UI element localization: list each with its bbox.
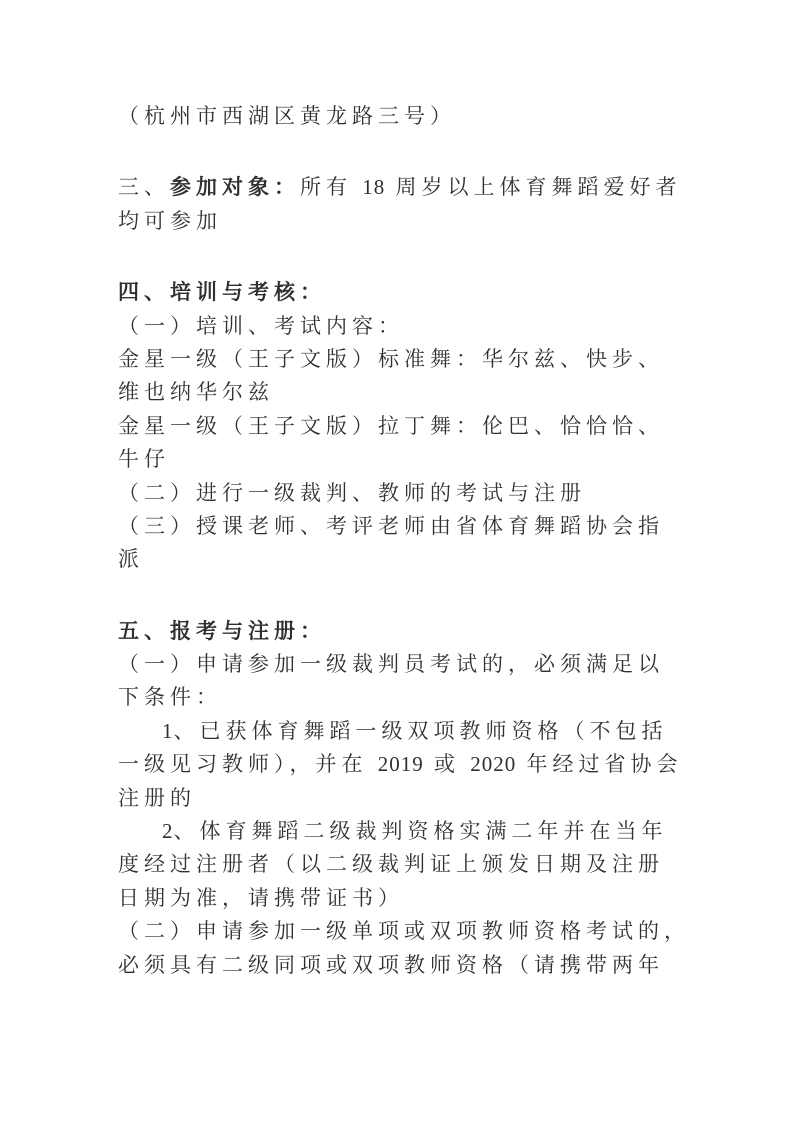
text-line: 三、参加对象：所有 18 周岁以上体育舞蹈爱好者: [118, 171, 675, 204]
text-line: 金星一级（王子文版）标准舞：华尔兹、快步、: [118, 343, 675, 376]
text-run: （一）申请参加一级裁判员考试的，必须满足以: [118, 652, 664, 676]
text-run: 度经过注册者（以二级裁判证上颁发日期及注册: [118, 852, 664, 876]
text-run: 四、培训与考核：: [118, 280, 326, 304]
text-line: 牛仔: [118, 443, 675, 476]
numeral: 2020: [470, 752, 516, 776]
text-run: 必须具有二级同项或双项教师资格（请携带两年: [118, 953, 664, 977]
blank-line: [118, 133, 675, 171]
text-run: 金星一级（王子文版）拉丁舞：伦巴、恰恰恰、: [118, 414, 664, 438]
text-line: （二）进行一级裁判、教师的考试与注册: [118, 477, 675, 510]
text-line: 1、已获体育舞蹈一级双项教师资格（不包括: [118, 715, 675, 748]
document-page: （杭州市西湖区黄龙路三号）三、参加对象：所有 18 周岁以上体育舞蹈爱好者均可参…: [0, 0, 793, 1122]
text-line: 下条件：: [118, 681, 675, 714]
text-run: 1、已获体育舞蹈一级双项教师资格（不包括: [162, 719, 668, 743]
text-run: 2、体育舞蹈二级裁判资格实满二年并在当年: [162, 819, 668, 843]
text-line: 2、体育舞蹈二级裁判资格实满二年并在当年: [118, 815, 675, 848]
text-line: 均可参加: [118, 205, 675, 238]
text-run: 维也纳华尔兹: [118, 380, 274, 404]
text-run: 三、: [118, 175, 170, 199]
text-line: 一级见习教师），并在 2019 或 2020 年经过省协会: [118, 748, 675, 781]
text-run: 下条件：: [118, 685, 222, 709]
text-line: 必须具有二级同项或双项教师资格（请携带两年: [118, 949, 675, 982]
numeral: 2019: [378, 752, 424, 776]
text-run: 一级见习教师），并在 2019 或 2020 年经过省协会: [118, 752, 683, 776]
text-run: （二）申请参加一级单项或双项教师资格考试的，: [118, 919, 690, 943]
text-line: 四、培训与考核：: [118, 276, 675, 309]
text-run: 五、报考与注册：: [118, 619, 326, 643]
text-line: （三）授课老师、考评老师由省体育舞蹈协会指: [118, 510, 675, 543]
text-run: （三）授课老师、考评老师由省体育舞蹈协会指: [118, 514, 664, 538]
blank-line: [118, 238, 675, 276]
text-line: 维也纳华尔兹: [118, 376, 675, 409]
text-run: 金星一级（王子文版）标准舞：华尔兹、快步、: [118, 347, 664, 371]
text-line: （二）申请参加一级单项或双项教师资格考试的，: [118, 915, 675, 948]
text-line: 金星一级（王子文版）拉丁舞：伦巴、恰恰恰、: [118, 410, 675, 443]
text-run: 均可参加: [118, 209, 222, 233]
text-line: 注册的: [118, 782, 675, 815]
document-body: （杭州市西湖区黄龙路三号）三、参加对象：所有 18 周岁以上体育舞蹈爱好者均可参…: [118, 100, 675, 982]
text-line: （一）培训、考试内容：: [118, 310, 675, 343]
numeral: 1: [162, 719, 174, 743]
text-run: 日期为准，请携带证书）: [118, 886, 404, 910]
text-line: 派: [118, 543, 675, 576]
text-line: 度经过注册者（以二级裁判证上颁发日期及注册: [118, 848, 675, 881]
numeral: 2: [162, 819, 174, 843]
text-run: 注册的: [118, 786, 196, 810]
text-run: 参加对象：: [170, 175, 300, 199]
numeral: 18: [362, 175, 385, 199]
text-line: 五、报考与注册：: [118, 615, 675, 648]
text-run: 所有 18 周岁以上体育舞蹈爱好者: [300, 175, 682, 199]
text-line: （杭州市西湖区黄龙路三号）: [118, 100, 675, 133]
text-run: 牛仔: [118, 447, 170, 471]
blank-line: [118, 577, 675, 615]
text-run: （二）进行一级裁判、教师的考试与注册: [118, 481, 586, 505]
text-line: 日期为准，请携带证书）: [118, 882, 675, 915]
text-run: （一）培训、考试内容：: [118, 314, 404, 338]
text-line: （一）申请参加一级裁判员考试的，必须满足以: [118, 648, 675, 681]
text-run: 派: [118, 547, 144, 571]
text-run: （杭州市西湖区黄龙路三号）: [118, 104, 456, 128]
